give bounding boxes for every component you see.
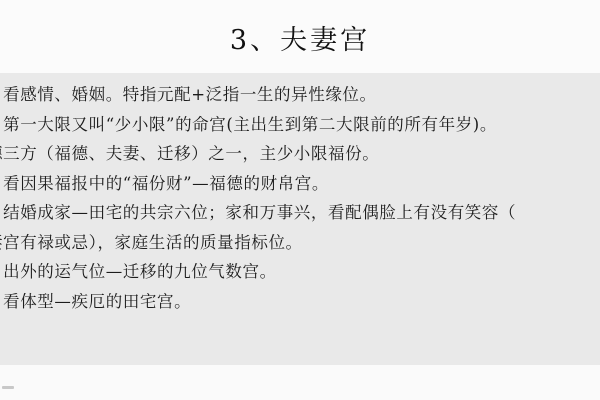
content-line: 、看因果福报中的“福份财”—福德的财帛宫。 xyxy=(0,169,516,199)
content-line: 德三方（福德、夫妻、迁移）之一，主少小限福份。 xyxy=(0,139,516,169)
content-line: 、看感情、婚姻。特指元配+泛指一生的异性缘位。 xyxy=(0,80,516,110)
content-list: 、看感情、婚姻。特指元配+泛指一生的异性缘位。 、第一大限又叫“少小限”的命宫(… xyxy=(0,80,516,316)
content-line: 妻宫有禄或忌），家庭生活的质量指标位。 xyxy=(0,228,516,258)
slide: 3、夫妻宫 、看感情、婚姻。特指元配+泛指一生的异性缘位。 、第一大限又叫“少小… xyxy=(0,0,600,400)
bottom-area xyxy=(0,365,600,400)
content-line: 、出外的运气位—迁移的九位气数宫。 xyxy=(0,257,516,287)
slide-title: 3、夫妻宫 xyxy=(230,18,370,57)
content-line: 、第一大限又叫“少小限”的命宫(主出生到第二大限前的所有年岁)。 xyxy=(0,110,516,140)
content-line: 、结婚成家—田宅的共宗六位；家和万事兴，看配偶脸上有没有笑容（ xyxy=(0,198,516,228)
content-line: 、看体型—疾厄的田宅宫。 xyxy=(0,287,516,317)
watermark-mark xyxy=(2,386,14,389)
title-area: 3、夫妻宫 xyxy=(0,0,600,73)
